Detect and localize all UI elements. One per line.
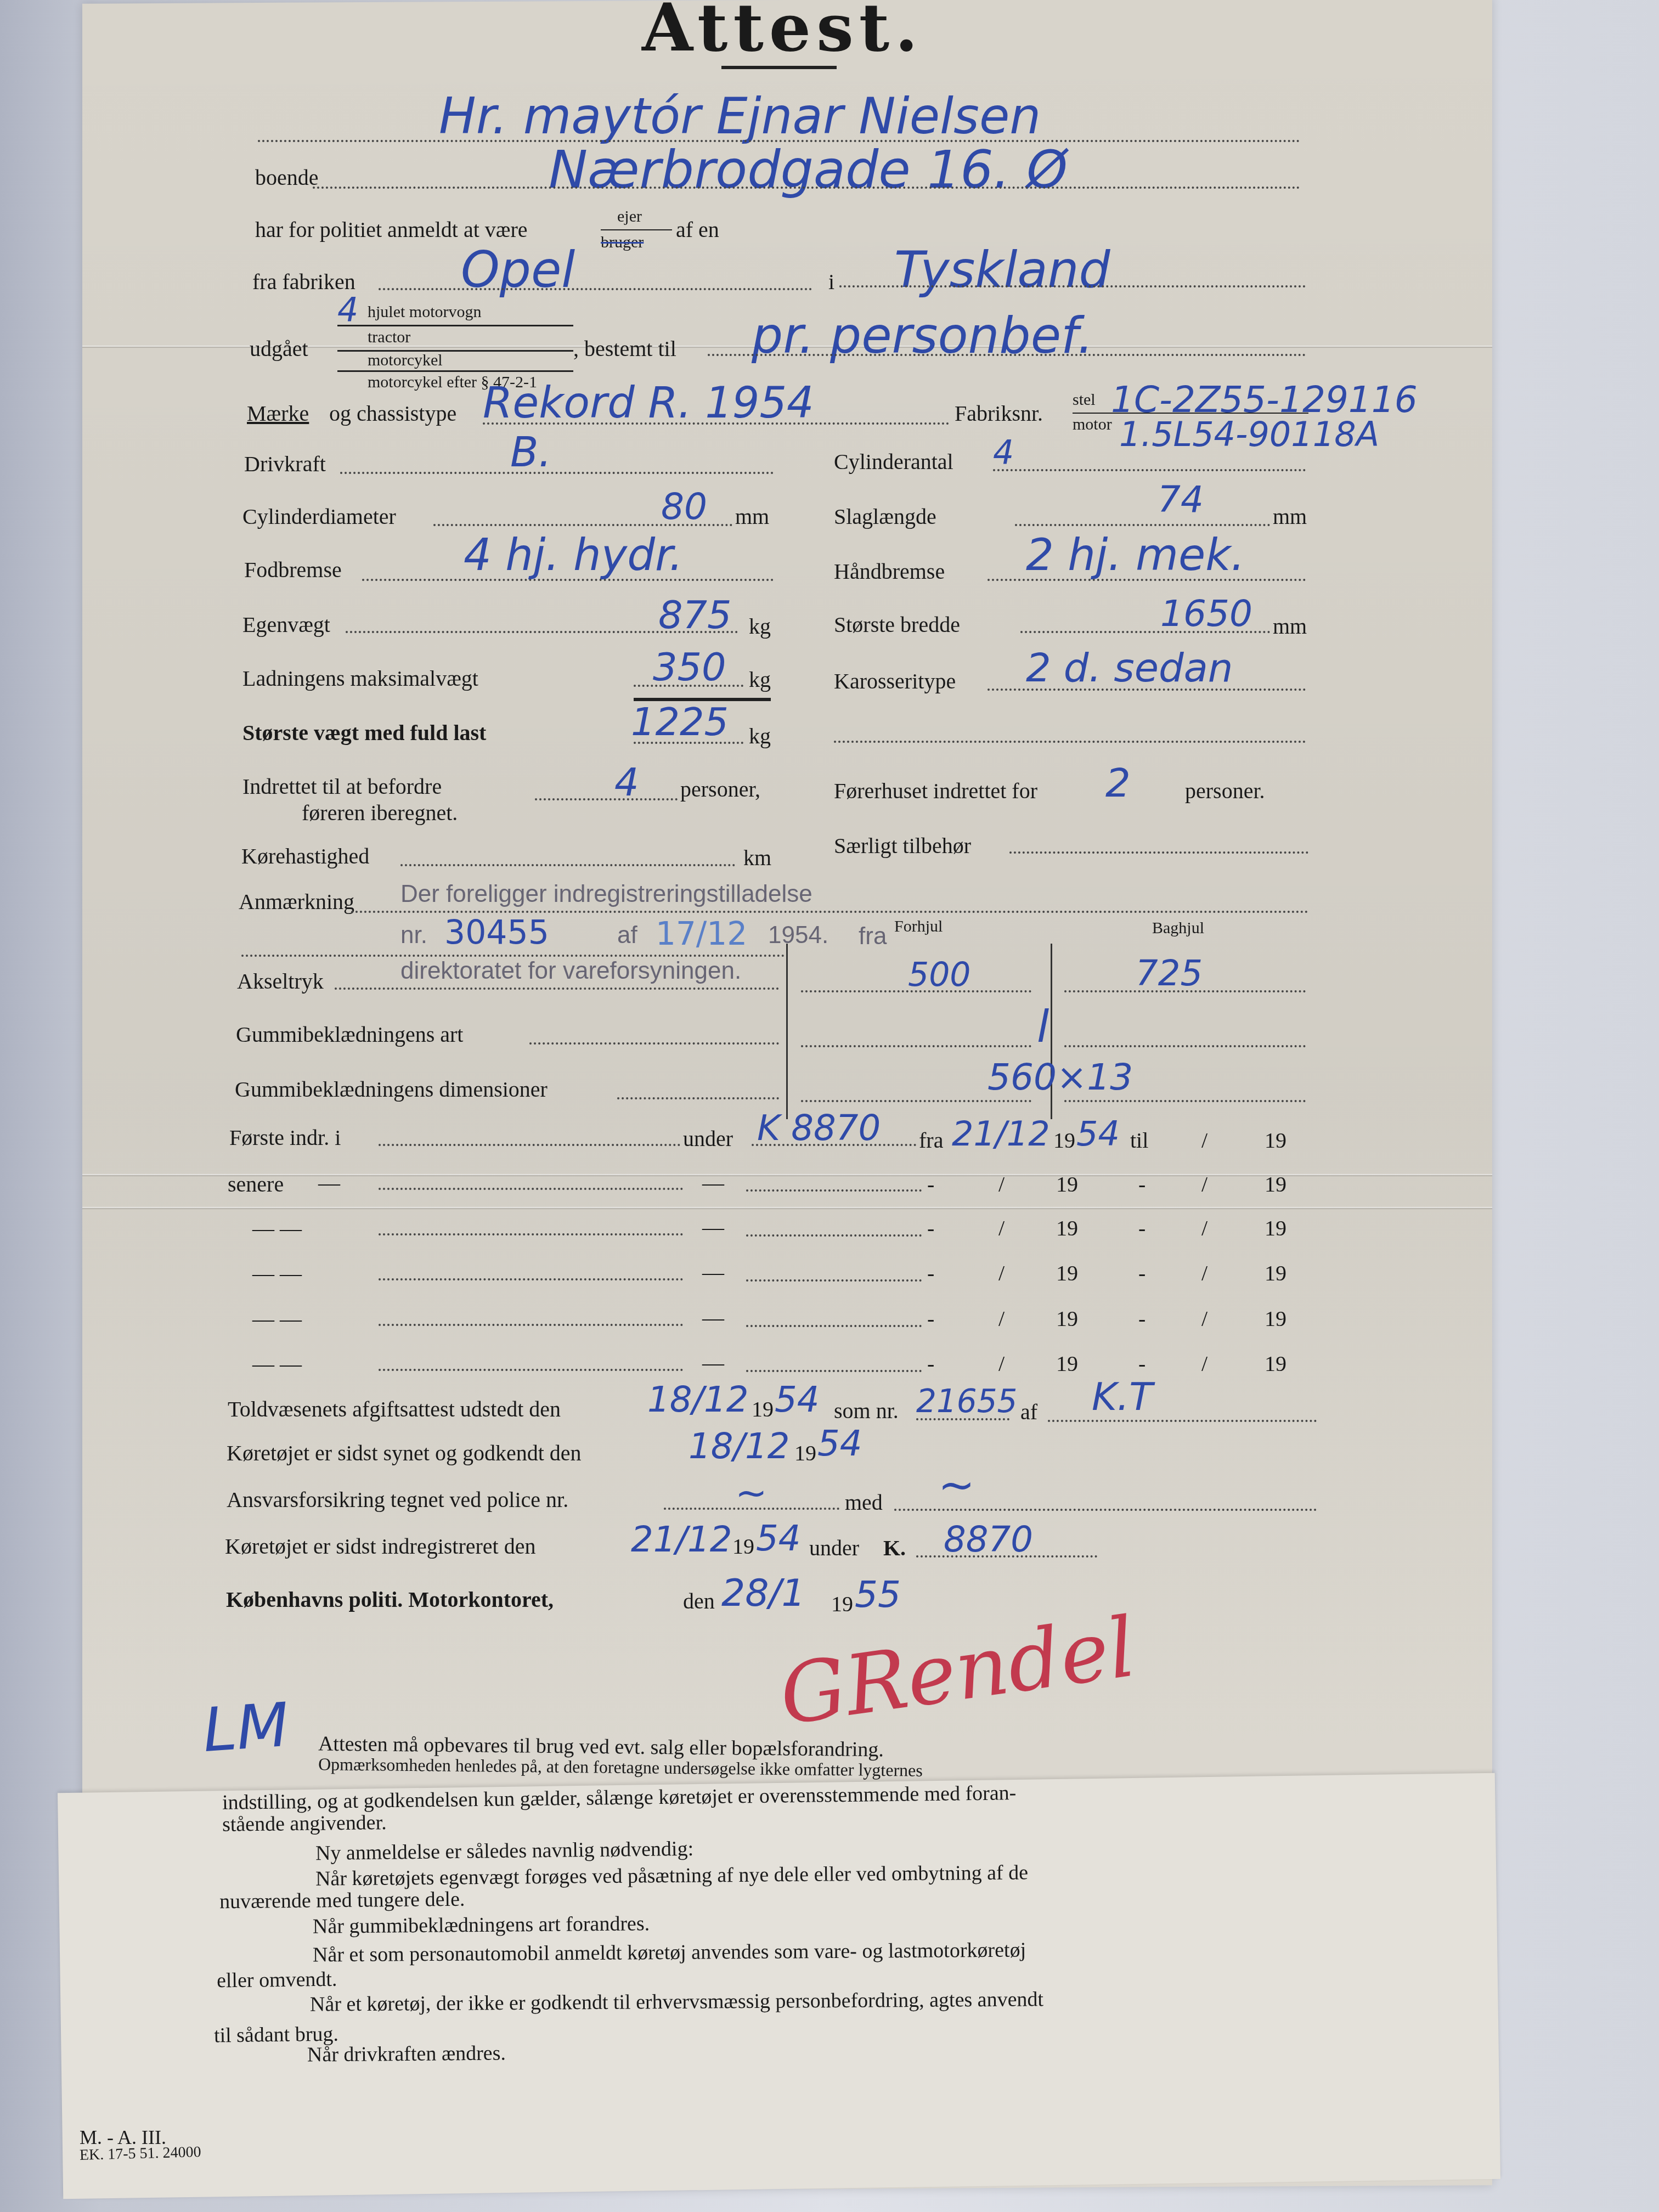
row-year: 19 xyxy=(1265,1171,1286,1197)
row-year: 19 xyxy=(1056,1306,1078,1331)
row-dash: — — xyxy=(252,1351,302,1376)
office-year-prefix: 19 xyxy=(831,1591,853,1617)
fuld-last-unit: kg xyxy=(749,723,771,749)
row-slash: / xyxy=(998,1306,1005,1331)
customs-som-nr: som nr. xyxy=(834,1398,899,1424)
address-handwritten: Nærbrodgade 16. Ø xyxy=(549,140,1068,200)
print-code: EK. 17-5 51. 24000 xyxy=(80,2143,201,2164)
row-year: 19 xyxy=(1265,1306,1286,1331)
insurance-med-handwritten: ~ xyxy=(938,1459,975,1510)
first-reg-plate-handwritten: K 8870 xyxy=(757,1108,881,1149)
purpose-line xyxy=(708,354,1306,356)
chassis-type-label: og chassistype xyxy=(329,400,456,426)
ladning-line xyxy=(634,685,743,687)
insurance-med-line xyxy=(894,1509,1317,1511)
axle-column-divider xyxy=(786,944,788,1119)
befordre-line xyxy=(535,798,678,800)
drivkraft-value: B. xyxy=(510,428,551,476)
slaglaengde-label: Slaglængde xyxy=(834,504,936,529)
haandbremse-value: 2 hj. mek. xyxy=(1026,529,1245,580)
row-slash: / xyxy=(998,1215,1005,1241)
inspection-year-prefix: 19 xyxy=(794,1440,816,1466)
row-slash: / xyxy=(998,1260,1005,1286)
stamp-af: af xyxy=(617,922,637,949)
first-reg-til: til xyxy=(1130,1127,1148,1153)
office-year-handwritten: 55 xyxy=(855,1573,901,1616)
row-slash: / xyxy=(1201,1215,1207,1241)
boende-label: boende xyxy=(255,165,319,190)
row-dash: — xyxy=(702,1305,724,1330)
af-en-text: af en xyxy=(676,217,719,242)
slaglaengde-value: 74 xyxy=(1158,478,1204,521)
role-user-struck: bruger xyxy=(601,233,644,252)
last-reg-year-handwritten: 54 xyxy=(756,1519,800,1559)
country-line xyxy=(839,285,1306,287)
row-slash: / xyxy=(1201,1171,1207,1197)
slaglaengde-unit: mm xyxy=(1273,504,1307,529)
row-dot: - xyxy=(1138,1215,1145,1241)
make-line xyxy=(483,422,949,425)
note-line: nuværende med tungere dele. xyxy=(219,1889,465,1912)
note-line: Når drivkraften ændres. xyxy=(307,2042,506,2065)
insurance-label: Ansvarsforsikring tegnet ved police nr. xyxy=(227,1487,568,1513)
akseltryk-line xyxy=(335,988,779,990)
cylinderdiameter-line xyxy=(433,524,732,526)
fodbremse-value: 4 hj. hydr. xyxy=(464,529,683,580)
row-dot: - xyxy=(927,1351,934,1376)
bestemt-label: , bestemt til xyxy=(573,336,676,362)
row-dot: - xyxy=(927,1215,934,1241)
row-year: 19 xyxy=(1056,1171,1078,1197)
note-line: stående angivender. xyxy=(222,1812,387,1835)
remark-line-2 xyxy=(241,955,785,957)
country-i-label: i xyxy=(828,269,834,295)
col-forhjul: Forhjul xyxy=(894,917,943,936)
row-dot: - xyxy=(927,1260,934,1286)
row-line xyxy=(746,1189,922,1192)
note-line: Når et køretøj, der ikke er godkendt til… xyxy=(310,1989,1043,2015)
remark-line xyxy=(351,911,1308,913)
row-dot: - xyxy=(1138,1171,1145,1197)
egenvaegt-line xyxy=(346,631,738,633)
cylinderantal-line xyxy=(993,469,1306,471)
row-dot: - xyxy=(927,1306,934,1331)
haandbremse-label: Håndbremse xyxy=(834,558,945,584)
stel-label: stel xyxy=(1073,391,1096,409)
gummi-art-front-line xyxy=(801,1045,1031,1047)
customs-label: Toldvæsenets afgiftsattest udstedt den xyxy=(228,1396,561,1422)
customs-year-prefix: 19 xyxy=(752,1396,774,1422)
inspection-year-handwritten: 54 xyxy=(817,1424,862,1464)
karosseri-label: Karosseritype xyxy=(834,668,956,694)
make-handwritten: Rekord R. 1954 xyxy=(483,379,814,428)
stamp-nr: nr. xyxy=(400,922,427,949)
inspection-date-handwritten: 18/12 xyxy=(689,1426,789,1467)
blank-line xyxy=(834,741,1306,743)
fabriksnr-label: Fabriksnr. xyxy=(955,400,1043,426)
owner-name-handwritten: Hr. maytór Ejnar Nielsen xyxy=(439,88,1041,145)
cylinderantal-value: 4 xyxy=(993,433,1014,472)
customs-nr-handwritten: 21655 xyxy=(916,1383,1018,1420)
gummi-art-line xyxy=(529,1042,779,1045)
role-divider xyxy=(601,229,672,230)
office-label: Københavns politi. Motorkontoret, xyxy=(226,1587,554,1612)
row-year: 19 xyxy=(1056,1351,1078,1376)
karosseri-line xyxy=(988,689,1306,691)
bredde-value: 1650 xyxy=(1160,592,1252,635)
row-line xyxy=(379,1369,683,1371)
role-owner: ejer xyxy=(617,207,642,226)
row-line xyxy=(746,1234,922,1237)
customs-af: af xyxy=(1020,1399,1037,1425)
col-baghjul: Baghjul xyxy=(1152,919,1204,938)
korehastighed-label: Kørehastighed xyxy=(241,843,369,869)
bredde-line xyxy=(1020,631,1270,633)
address-line xyxy=(313,187,1300,189)
fold-crease xyxy=(82,1207,1492,1209)
drivkraft-line xyxy=(340,472,774,474)
purpose-handwritten: pr. personbef. xyxy=(752,307,1093,365)
first-reg-til-year: 19 xyxy=(1265,1127,1286,1153)
fodbremse-line xyxy=(362,579,774,581)
row-dash: — xyxy=(702,1350,724,1375)
forerhus-unit: personer. xyxy=(1185,778,1265,804)
gummi-dim-value: 560×13 xyxy=(988,1056,1133,1098)
row-line xyxy=(746,1370,922,1372)
befordre-label: Indrettet til at befordre xyxy=(242,774,442,799)
stamp-line-3: direktoratet for vareforsyningen. xyxy=(400,957,741,985)
gummi-art-value: l xyxy=(1037,1001,1049,1052)
row-year: 19 xyxy=(1265,1351,1286,1376)
bredde-label: Største bredde xyxy=(834,612,960,637)
vehicle-option-tractor: tractor xyxy=(368,328,410,347)
korehastighed-unit: km xyxy=(743,845,771,871)
vehicle-option-motorcykel: motorcykel xyxy=(368,351,443,370)
first-reg-year-prefix: 19 xyxy=(1053,1127,1075,1153)
akseltryk-rear-line xyxy=(1064,990,1306,992)
fuld-last-label: Største vægt med fuld last xyxy=(242,720,486,746)
gummi-dim-line xyxy=(617,1097,779,1099)
egenvaegt-unit: kg xyxy=(749,613,771,639)
fuld-last-value: 1225 xyxy=(631,699,729,744)
row-dash: — xyxy=(702,1170,724,1195)
note-line: Når gummibeklædningens art forandres. xyxy=(313,1913,650,1937)
make-label: Mærke xyxy=(247,400,309,426)
row-year: 19 xyxy=(1265,1215,1286,1241)
first-reg-label: Første indr. i xyxy=(229,1125,341,1150)
row-dot: - xyxy=(1138,1351,1145,1376)
gummi-dim-label: Gummibeklædningens dimensioner xyxy=(235,1076,548,1102)
akseltryk-front-line xyxy=(801,990,1031,992)
wheel-count-handwritten: 4 xyxy=(337,291,358,329)
fabriksnr-divider xyxy=(1073,413,1308,414)
note-line: Når et som personautomobil anmeldt køret… xyxy=(313,1939,1026,1965)
row-dash: — xyxy=(702,1214,724,1240)
note-line: Ny anmeldelse er således navnlig nødvend… xyxy=(315,1838,694,1864)
note-line: til sådant brug. xyxy=(214,2024,338,2046)
akseltryk-label: Akseltryk xyxy=(237,968,324,994)
row-line xyxy=(379,1233,683,1235)
akseltryk-front: 500 xyxy=(908,956,971,994)
fuld-last-line xyxy=(634,742,743,744)
initials-handwritten: LM xyxy=(201,1690,291,1766)
last-reg-date-handwritten: 21/12 xyxy=(631,1520,732,1560)
drivkraft-label: Drivkraft xyxy=(244,451,326,477)
registered-as-text: har for politiet anmeldt at være xyxy=(255,217,528,242)
insurance-med: med xyxy=(845,1489,883,1515)
option-divider xyxy=(337,370,573,372)
row-slash: / xyxy=(998,1171,1005,1197)
remark-nr-handwritten: 30455 xyxy=(444,913,549,952)
remark-label: Anmærkning xyxy=(239,889,354,915)
country-handwritten: Tyskland xyxy=(894,241,1110,299)
row-year: 19 xyxy=(1265,1260,1286,1286)
later-reg-label: senere xyxy=(228,1171,284,1197)
row-dot: - xyxy=(1138,1260,1145,1286)
forerhus-label: Førerhuset indrettet for xyxy=(834,778,1037,804)
gummi-dim-front-line xyxy=(801,1100,1031,1102)
ladning-value: 350 xyxy=(653,645,726,690)
tilbehor-line xyxy=(1009,851,1308,854)
office-den: den xyxy=(683,1588,715,1614)
inspection-label: Køretøjet er sidst synet og godkendt den xyxy=(227,1440,582,1466)
first-reg-under: under xyxy=(683,1126,733,1152)
karosseri-value: 2 d. sedan xyxy=(1026,645,1233,691)
first-reg-slash: / xyxy=(1201,1127,1207,1153)
cylinderdiameter-label: Cylinderdiameter xyxy=(242,504,396,529)
row-line xyxy=(379,1278,683,1280)
fodbremse-label: Fodbremse xyxy=(244,557,342,583)
cylinderdiameter-unit: mm xyxy=(735,504,769,529)
last-reg-year-prefix: 19 xyxy=(732,1533,754,1559)
factory-handwritten: Opel xyxy=(461,241,575,299)
tilbehor-label: Særligt tilbehør xyxy=(834,833,971,859)
row-dash: — xyxy=(702,1259,724,1285)
customs-date-handwritten: 18/12 xyxy=(647,1380,748,1420)
bredde-unit: mm xyxy=(1273,613,1307,639)
vehicle-option-motorvogn: hjulet motorvogn xyxy=(368,303,481,321)
slaglaengde-line xyxy=(1015,524,1270,526)
row-slash: / xyxy=(998,1351,1005,1376)
row-dot: - xyxy=(1138,1306,1145,1331)
row-line xyxy=(379,1324,683,1326)
first-reg-date-handwritten: 21/12 xyxy=(952,1114,1050,1154)
motor-label: motor xyxy=(1073,415,1112,434)
office-date-handwritten: 28/1 xyxy=(721,1572,805,1615)
factory-line xyxy=(379,288,812,290)
gummi-art-rear-line xyxy=(1064,1045,1306,1047)
row-year: 19 xyxy=(1056,1215,1078,1241)
row-slash: / xyxy=(1201,1351,1207,1376)
last-reg-plate-handwritten: 8870 xyxy=(944,1520,1033,1560)
stamp-year: 1954. xyxy=(768,922,828,949)
forerhus-value: 2 xyxy=(1105,760,1131,806)
row-dash: — — xyxy=(252,1215,302,1241)
customs-af-line xyxy=(1048,1420,1317,1422)
befordre-unit: personer, xyxy=(680,776,760,802)
ladning-label: Ladningens maksimalvægt xyxy=(242,665,478,691)
ladning-unit: kg xyxy=(749,667,771,692)
korehastighed-line xyxy=(400,864,735,866)
row-dash: — — xyxy=(252,1306,302,1331)
stamp-line-1: Der foreligger indregistreringstilladels… xyxy=(400,881,812,908)
row-dot: - xyxy=(927,1171,934,1197)
last-reg-k: K. xyxy=(883,1535,906,1561)
row-dash: — — xyxy=(252,1260,302,1286)
customs-nr-line xyxy=(916,1418,1009,1420)
cylinderantal-label: Cylinderantal xyxy=(834,449,953,475)
egenvaegt-label: Egenvægt xyxy=(242,612,330,637)
row-line xyxy=(746,1279,922,1282)
udgaet-label: udgået xyxy=(250,336,308,362)
remark-date-handwritten: 17/12 xyxy=(656,915,747,952)
first-reg-year-handwritten: 54 xyxy=(1076,1114,1120,1154)
row-slash: / xyxy=(1201,1306,1207,1331)
row-year: 19 xyxy=(1056,1260,1078,1286)
row-slash: / xyxy=(1201,1260,1207,1286)
gummi-dim-rear-line xyxy=(1064,1100,1306,1102)
first-reg-line xyxy=(379,1144,680,1146)
document-title: Attest. xyxy=(642,0,923,66)
customs-year-handwritten: 54 xyxy=(775,1380,819,1420)
customs-af-handwritten: K.T xyxy=(1092,1374,1153,1419)
first-reg-fra: fra xyxy=(919,1127,943,1153)
befordre-label-2: føreren iberegnet. xyxy=(302,800,458,826)
gummi-art-label: Gummibeklædningens art xyxy=(236,1022,463,1047)
row-line xyxy=(379,1188,683,1190)
title-underline xyxy=(721,66,837,69)
first-reg-plate-line xyxy=(752,1144,916,1146)
row-line xyxy=(746,1325,922,1327)
akseltryk-rear: 725 xyxy=(1136,953,1203,994)
insurance-nr-handwritten: ~ xyxy=(735,1470,768,1515)
last-reg-plate-line xyxy=(916,1555,1097,1558)
last-reg-under: under xyxy=(809,1535,859,1561)
option-divider xyxy=(337,325,573,326)
cylinderdiameter-value: 80 xyxy=(661,486,707,528)
note-line: eller omvendt. xyxy=(217,1969,337,1991)
row-dash: — xyxy=(318,1170,340,1195)
motor-number-handwritten: 1.5L54-90118A xyxy=(1119,414,1379,454)
stamp-fra: fra xyxy=(859,923,887,950)
haandbremse-line xyxy=(988,579,1306,581)
last-reg-label: Køretøjet er sidst indregistreret den xyxy=(225,1533,535,1559)
